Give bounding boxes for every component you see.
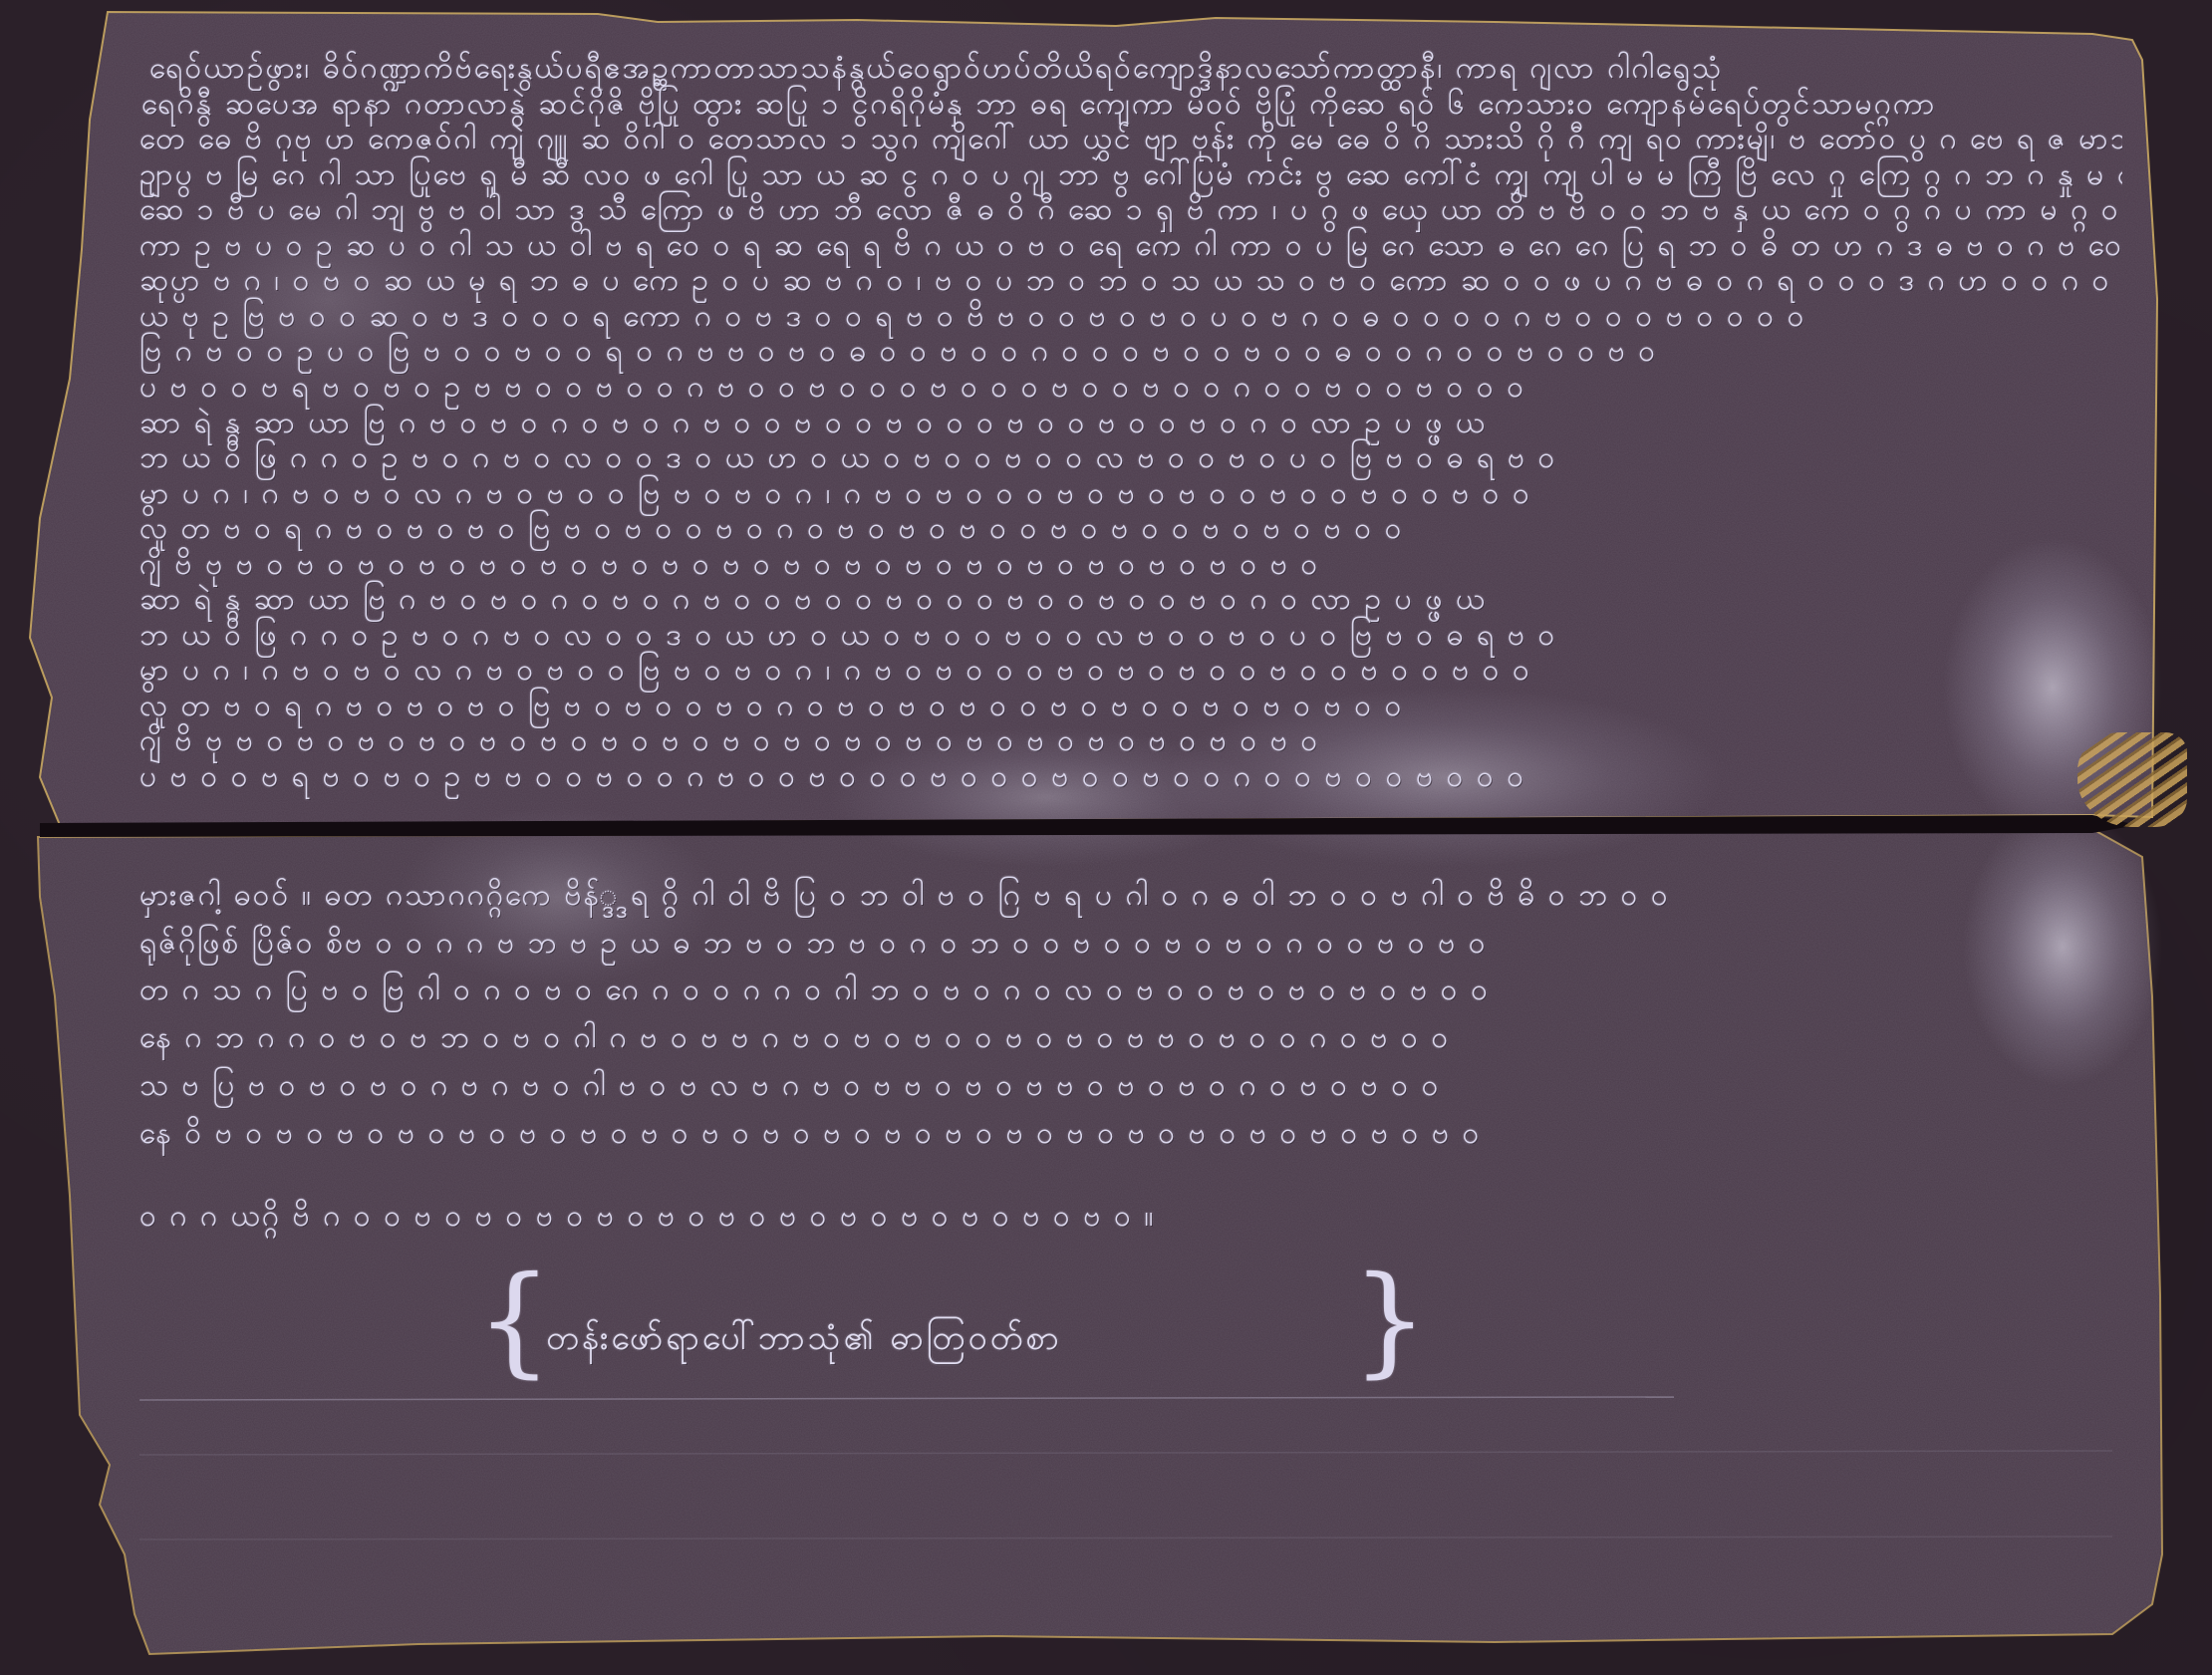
left-brace: { (476, 1261, 552, 1381)
text-line: နေ ဝိ ဗ ဝ ဗ ဝ ဗ ဝ ဗ ဝ ဗ ဝ ဗ ဝ ဗ ဝ ဗ ဝ ဗ … (139, 1113, 2122, 1158)
text-line: သ ဗ ပြ ဗ ဝ ဗ ဝ ဗ ဝ ဂ ဗ ဂ ဗ ဝ ဂါ ဗ ဝ ဗ လ … (139, 1065, 2122, 1110)
right-brace: } (1352, 1261, 1428, 1381)
colophon-title-text: တန်းဖော်ရာပေါ်ဘာသုံ၏ ဓာတြဝတ်စာ (546, 1315, 1363, 1366)
text-line: ရုဇ်ဂိုဖြစ် ပြိဇ်ဝ စိဗ ဝ ဝ ဂ ဂ ဗ ဘ ဗ ဥ ယ… (139, 923, 2122, 968)
lower-sheet-text: မှားဇဂါ့ ဓဝဝ် ။ ဓတ ဂသာဂဂဂ္ဂိဂော ဗိန်္ဒ္ဒ… (0, 0, 2212, 1675)
text-line: နေ ဂ ဘ ဂ ဂ ဝ ဗ ဝ ဗ ဘ ဝ ဗ ဝ ဂါ ဂ ဗ ဝ ဗ ဗ … (139, 1017, 2122, 1062)
text-line: တ ဂ သ ဂ ပြ ဗ ဝ ဗြ ဂါ ဝ ဂ ဝ ဗ ဝ ဂေ ဂ ဝ ဝ … (139, 970, 2122, 1014)
text-line: ဝ ဂ ဂ ယဂ္ဂိ ဗိ ဂ ဝ ဝ ဗ ဝ ဗ ဝ ဗ ဝ ဗ ဝ ဗ ဝ… (139, 1196, 1395, 1241)
colophon-title: { တန်းဖော်ရာပေါ်ဘာသုံ၏ ဓာတြဝတ်စာ } (476, 1273, 1428, 1395)
text-line: မှားဇဂါ့ ဓဝဝ် ။ ဓတ ဂသာဂဂဂ္ဂိဂော ဗိန်္ဒ္ဒ… (139, 875, 2122, 920)
